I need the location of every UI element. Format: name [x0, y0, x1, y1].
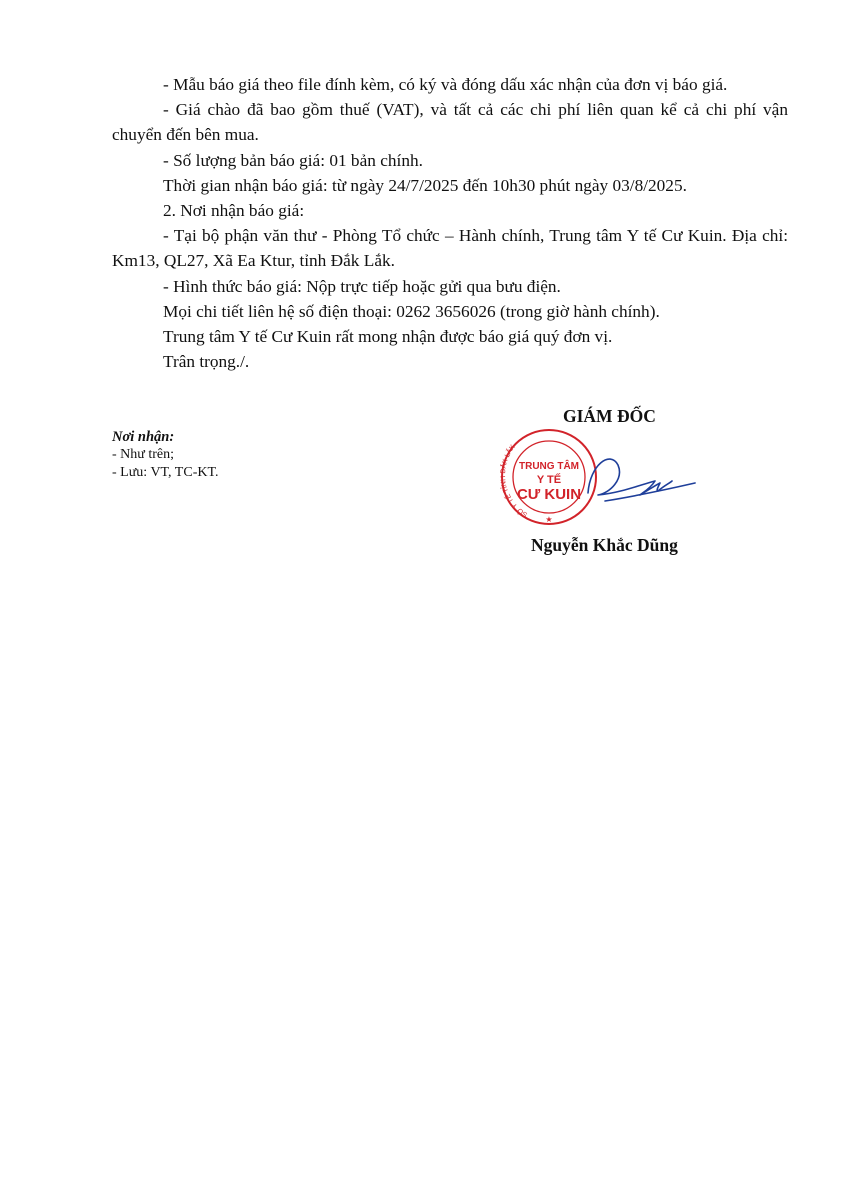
stamp-line2: Y TẾ [537, 473, 561, 486]
paragraph-regards: Trân trọng./. [112, 349, 788, 374]
stamp-line1: TRUNG TÂM [519, 459, 579, 472]
recipient-item: - Lưu: VT, TC-KT. [112, 464, 218, 482]
stamp-line3: CƯ KUIN [517, 486, 581, 503]
recipient-item: - Như trên; [112, 446, 218, 464]
section-heading-receive-place: 2. Nơi nhận báo giá: [112, 198, 788, 223]
paragraph-receive-time: Thời gian nhận báo giá: từ ngày 24/7/202… [112, 173, 788, 198]
signature-scrawl-icon [580, 445, 700, 515]
paragraph-quote-template: - Mẫu báo giá theo file đính kèm, có ký … [112, 72, 788, 97]
paragraph-closing: Trung tâm Y tế Cư Kuin rất mong nhận đượ… [112, 324, 788, 349]
svg-text:SỞ Y TẾ TỈNH ĐẮK LẮK: SỞ Y TẾ TỈNH ĐẮK LẮK [500, 443, 529, 517]
document-page: - Mẫu báo giá theo file đính kèm, có ký … [0, 0, 849, 1200]
stamp-ring-text: SỞ Y TẾ TỈNH ĐẮK LẮK [500, 443, 529, 517]
paragraph-address: - Tại bộ phận văn thư - Phòng Tổ chức – … [112, 223, 788, 273]
svg-text:★: ★ [545, 515, 552, 524]
paragraph-price-includes: - Giá chào đã bao gồm thuế (VAT), và tất… [112, 97, 788, 147]
recipients-block: Nơi nhận: - Như trên; - Lưu: VT, TC-KT. [112, 428, 218, 482]
document-body: - Mẫu báo giá theo file đính kèm, có ký … [112, 72, 788, 374]
paragraph-contact: Mọi chi tiết liên hệ số điện thoại: 0262… [112, 299, 788, 324]
signer-name: Nguyễn Khắc Dũng [531, 535, 678, 556]
paragraph-submission-method: - Hình thức báo giá: Nộp trực tiếp hoặc … [112, 274, 788, 299]
signature-block: GIÁM ĐỐC SỞ Y TẾ TỈNH ĐẮK LẮK TRUNG TÂM … [490, 405, 720, 565]
paragraph-copies: - Số lượng bản báo giá: 01 bản chính. [112, 148, 788, 173]
recipients-title: Nơi nhận: [112, 428, 218, 446]
